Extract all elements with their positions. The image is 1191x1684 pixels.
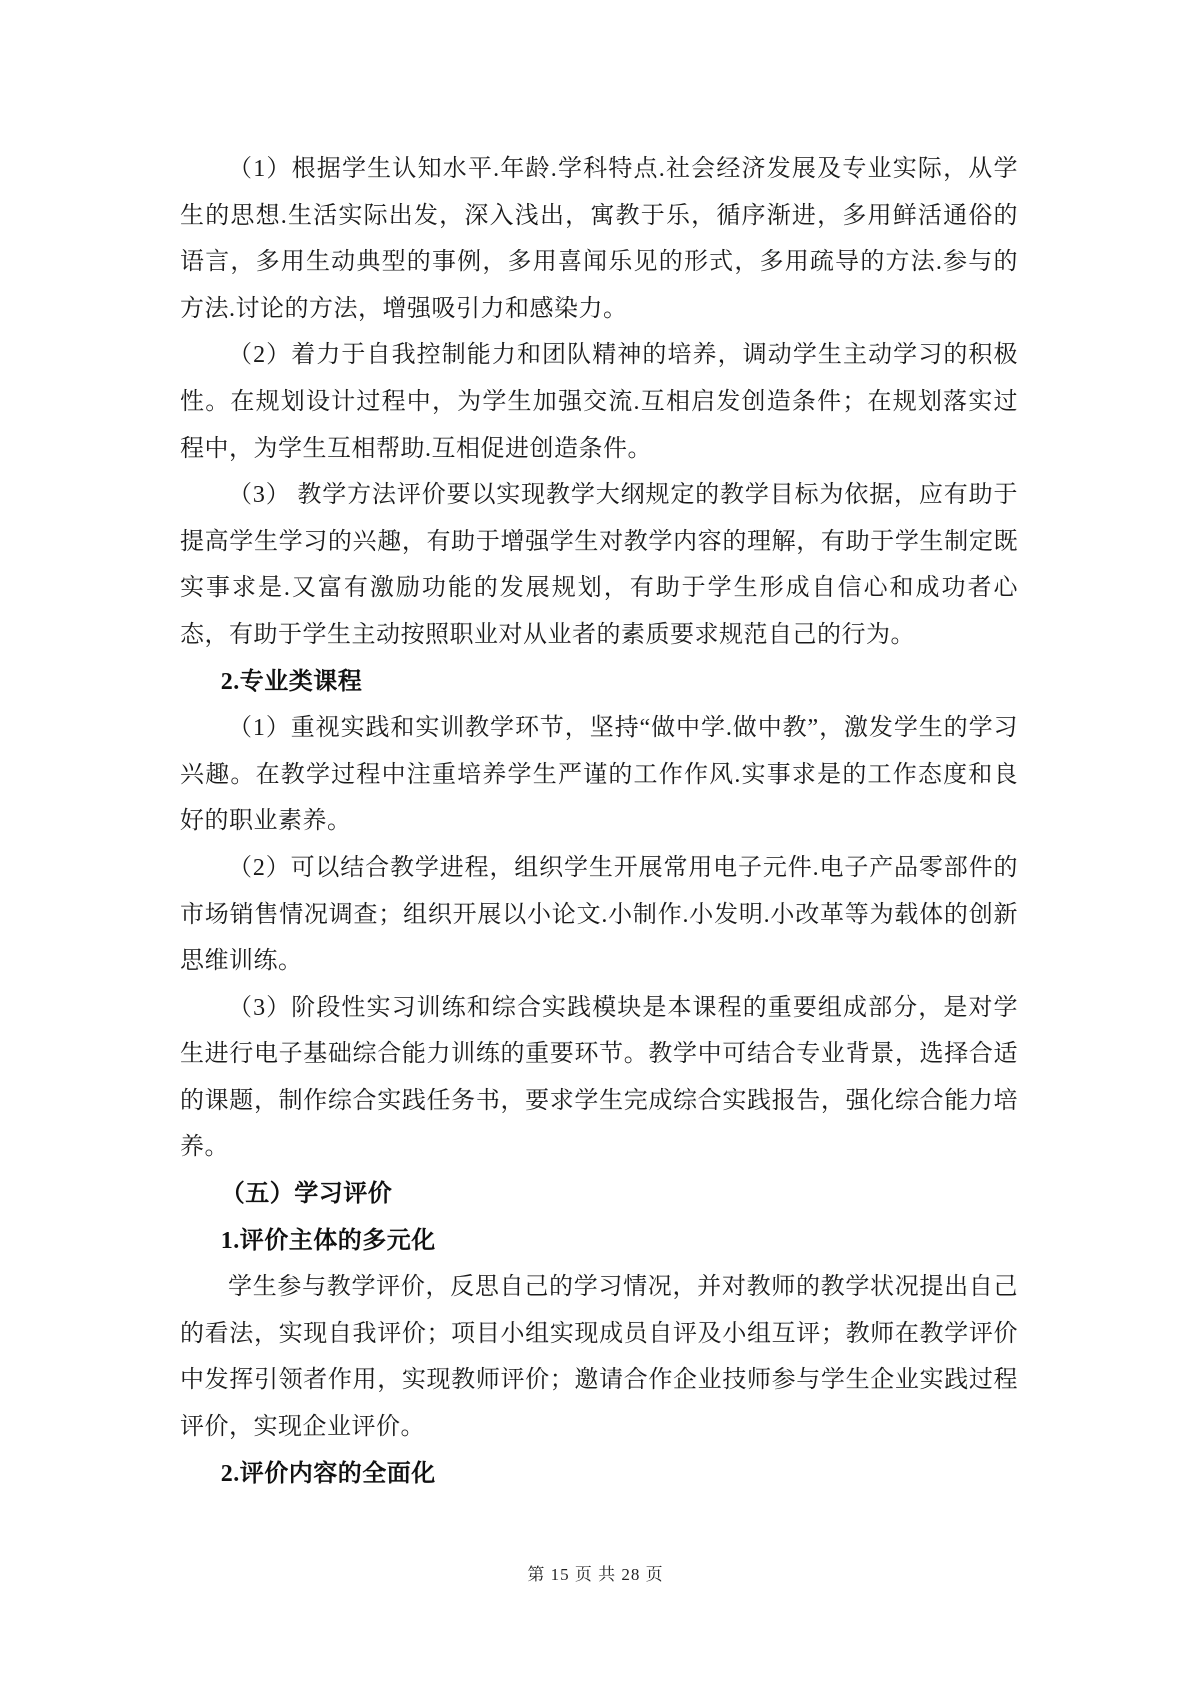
paragraph: 学生参与教学评价，反思自己的学习情况，并对教师的教学状况提出自己的看法，实现自我… xyxy=(180,1264,1018,1450)
page-number: 第 15 页 共 28 页 xyxy=(527,1565,663,1584)
paragraph: （1）根据学生认知水平.年龄.学科特点.社会经济发展及专业实际，从学生的思想.生… xyxy=(180,146,1018,332)
paragraph: （1）重视实践和实训教学环节，坚持“做中学.做中教”，激发学生的学习兴趣。在教学… xyxy=(180,705,1018,845)
section-heading: 2.专业类课程 xyxy=(180,659,1018,706)
document-page: （1）根据学生认知水平.年龄.学科特点.社会经济发展及专业实际，从学生的思想.生… xyxy=(0,0,1191,1684)
page-footer: 第 15 页 共 28 页 xyxy=(0,1563,1191,1587)
section-heading: 2.评价内容的全面化 xyxy=(180,1451,1018,1498)
paragraph: （3）阶段性实习训练和综合实践模块是本课程的重要组成部分，是对学生进行电子基础综… xyxy=(180,985,1018,1171)
section-heading: 1.评价主体的多元化 xyxy=(180,1218,1018,1265)
document-body: （1）根据学生认知水平.年龄.学科特点.社会经济发展及专业实际，从学生的思想.生… xyxy=(180,146,1018,1497)
paragraph: （3） 教学方法评价要以实现教学大纲规定的教学目标为依据，应有助于提高学生学习的… xyxy=(180,472,1018,658)
paragraph: （2）着力于自我控制能力和团队精神的培养，调动学生主动学习的积极性。在规划设计过… xyxy=(180,332,1018,472)
section-heading: （五）学习评价 xyxy=(180,1171,1018,1218)
paragraph: （2）可以结合教学进程，组织学生开展常用电子元件.电子产品零部件的市场销售情况调… xyxy=(180,845,1018,985)
